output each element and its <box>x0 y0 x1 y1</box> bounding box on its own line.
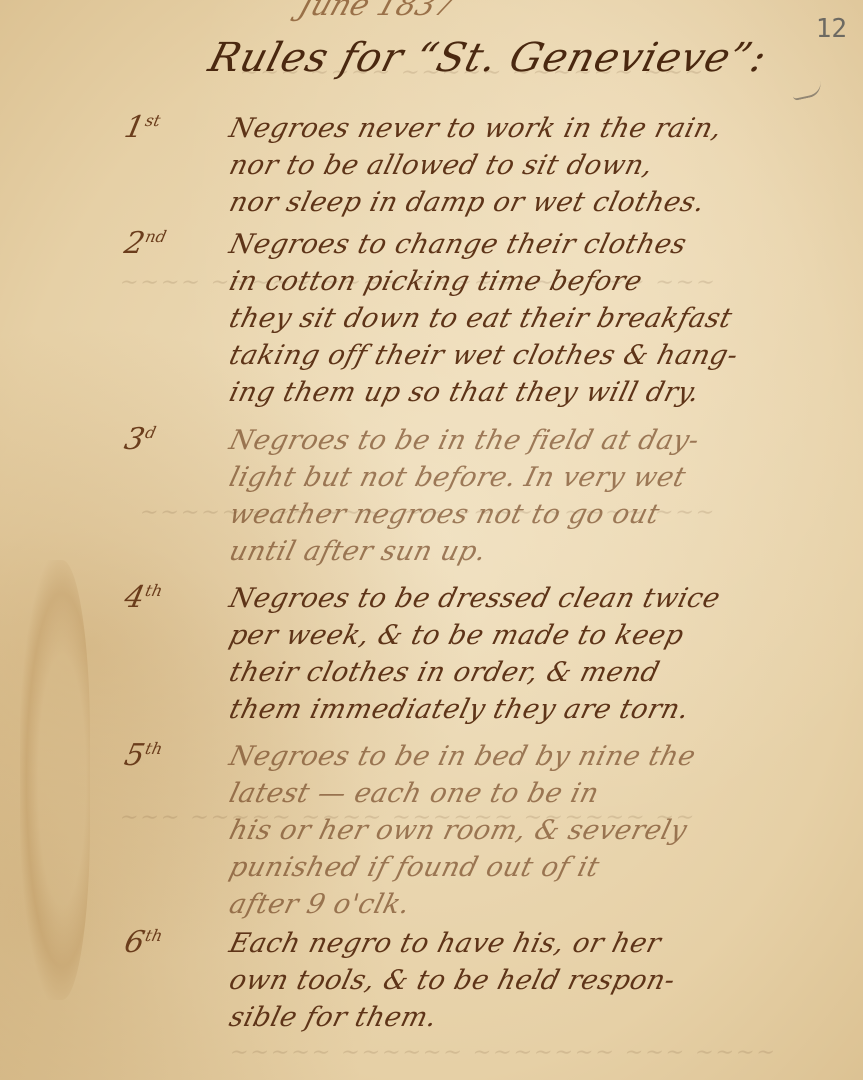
rule-number: 1st <box>121 110 162 145</box>
rule-line: after 9 o'clk. <box>225 886 814 923</box>
rule-line: per week, & to be made to keep <box>225 617 814 654</box>
rule-line: Negroes to change their clothes <box>225 226 814 263</box>
rule-line: nor sleep in damp or wet clothes. <box>225 184 814 221</box>
rule-line: them immediately they are torn. <box>225 691 814 728</box>
rule-number: 5th <box>121 738 164 773</box>
rule-line: until after sun up. <box>225 533 814 570</box>
rule-line: nor to be allowed to sit down, <box>225 147 814 184</box>
rule-line: they sit down to eat their breakfast <box>225 300 814 337</box>
header-date-partial: June 1837 <box>294 0 460 23</box>
rule-line: Each negro to have his, or her <box>225 925 814 962</box>
rule-line: Negroes to be dressed clean twice <box>225 580 814 617</box>
rule-line: in cotton picking time before <box>225 263 814 300</box>
water-stain <box>20 560 90 1000</box>
folio-number: 12 <box>816 14 847 44</box>
page-title: Rules for “St. Genevieve”: <box>204 35 772 81</box>
rule-line: sible for them. <box>225 999 814 1036</box>
rule-number: 6th <box>121 925 164 960</box>
rule-line: taking off their wet clothes & hang- <box>225 337 814 374</box>
rule-line: ing them up so that they will dry. <box>225 374 814 411</box>
rule-line: Negroes to be in the field at day- <box>225 422 814 459</box>
rule-line: Negroes never to work in the rain, <box>225 110 814 147</box>
rule-line: latest — each one to be in <box>225 775 814 812</box>
rule-line: Negroes to be in bed by nine the <box>225 738 814 775</box>
rule-line: weather negroes not to go out <box>225 496 814 533</box>
rule-line: light but not before. In very wet <box>225 459 814 496</box>
manuscript-page: ~~~ ~~~~ ~~~~~ ~~~~~~ ~~~ ~~~~ ~~~~~ ~~~… <box>0 0 863 1080</box>
rule-line: his or her own room, & severely <box>225 812 814 849</box>
rule-number: 3d <box>121 422 158 457</box>
rule-line: their clothes in order, & mend <box>225 654 814 691</box>
rule-line: punished if found out of it <box>225 849 814 886</box>
rule-number: 4th <box>121 580 164 615</box>
rule-number: 2nd <box>121 226 168 261</box>
rule-line: own tools, & to be held respon- <box>225 962 814 999</box>
bleed-through-text: ~~~~~ ~~~~~~ ~~~~~~~ ~~~ ~~~~ <box>227 1040 863 1065</box>
